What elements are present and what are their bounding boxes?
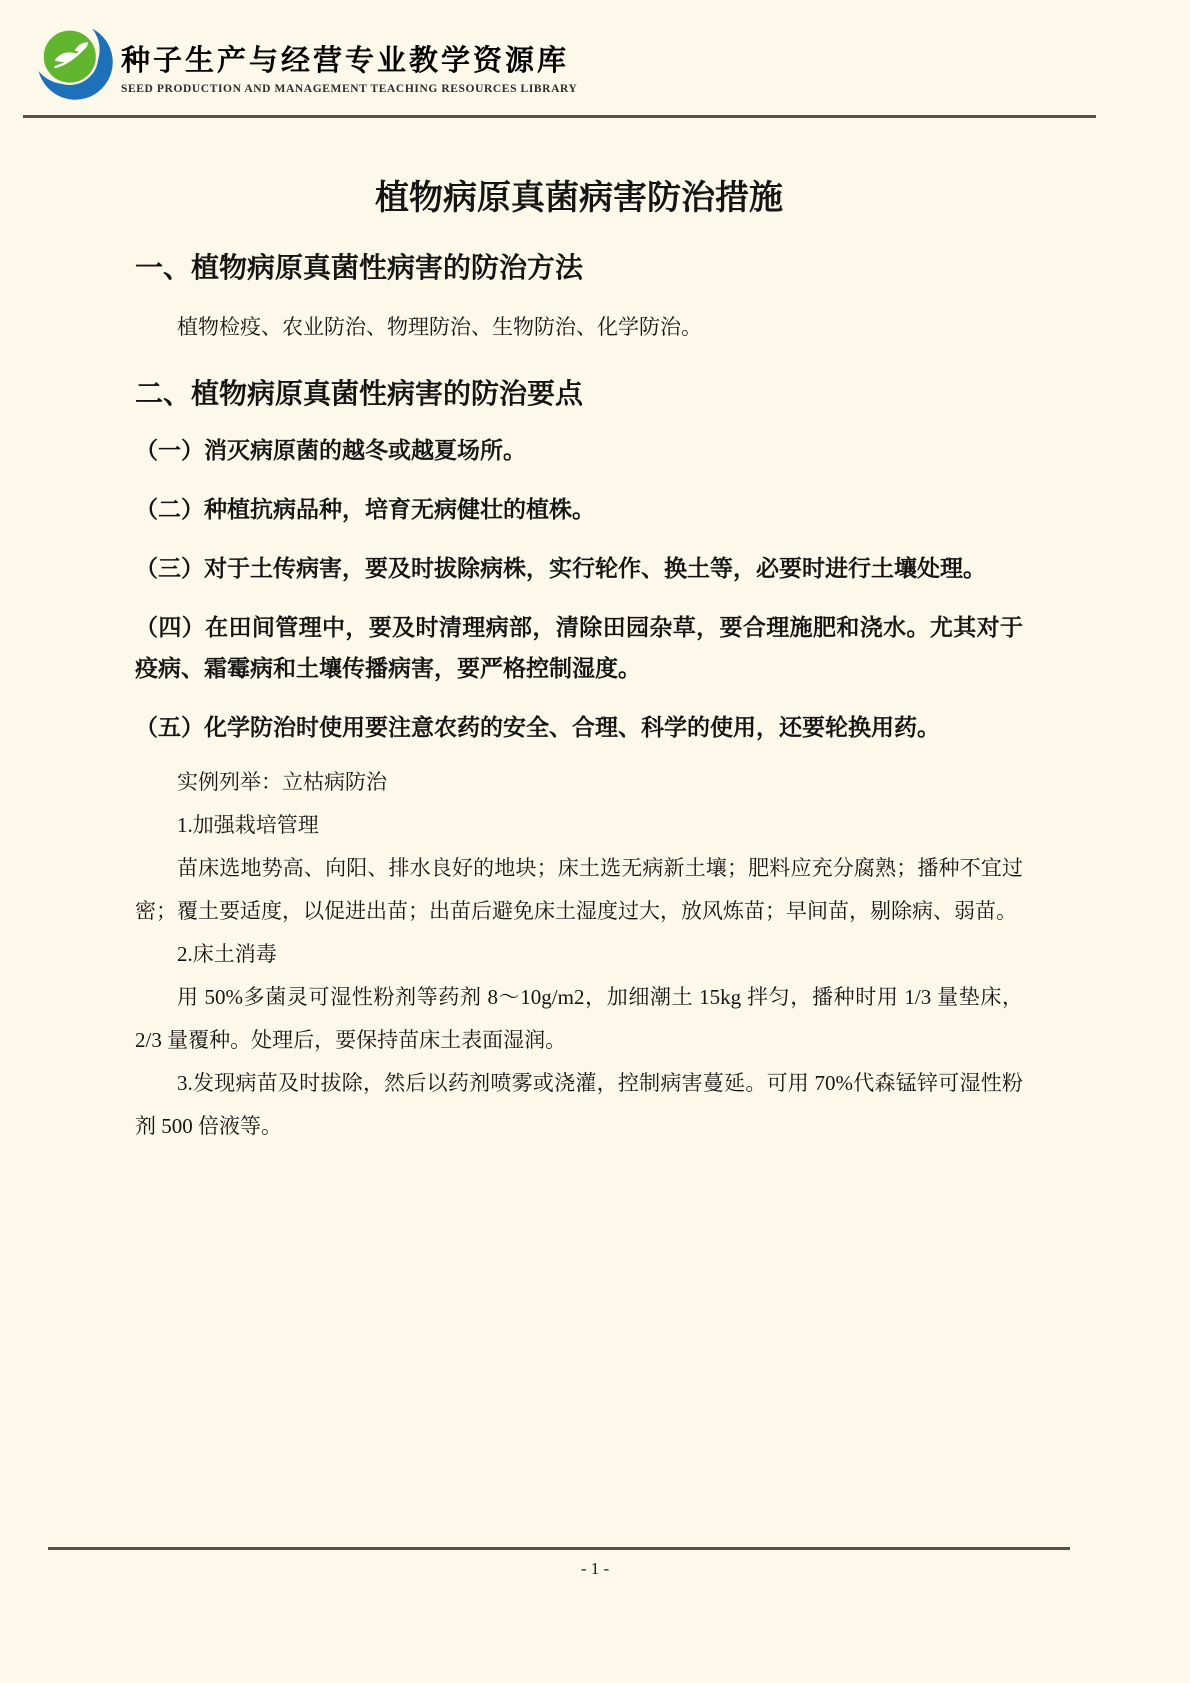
document-body: 植物病原真菌病害防治措施 一、植物病原真菌性病害的防治方法 植物检疫、农业防治、… [135, 0, 1023, 1148]
section-2-heading: 二、植物病原真菌性病害的防治要点 [135, 376, 1023, 412]
point-paragraph-4: （四）在田间管理中，要及时清理病部，清除田园杂草，要合理施肥和浇水。尤其对于疫病… [135, 607, 1023, 689]
example-step3-body: 3.发现病苗及时拔除，然后以药剂喷雾或浇灌，控制病害蔓延。可用 70%代森锰锌可… [135, 1062, 1023, 1148]
footer-divider [48, 1547, 1070, 1550]
document-title: 植物病原真菌病害防治措施 [135, 178, 1023, 218]
point-paragraph-1: （一）消灭病原菌的越冬或越夏场所。 [135, 430, 1023, 471]
example-intro: 实例列举：立枯病防治 [135, 761, 1023, 804]
example-step1-title: 1.加强栽培管理 [135, 804, 1023, 847]
example-step2-title: 2.床土消毒 [135, 933, 1023, 976]
section-1-paragraph: 植物检疫、农业防治、物理防治、生物防治、化学防治。 [135, 312, 1023, 342]
example-step2-body: 用 50%多菌灵可湿性粉剂等药剂 8～10g/m2，加细潮土 15kg 拌匀，播… [135, 976, 1023, 1062]
page-number: - 1 - [0, 1556, 1190, 1582]
point-paragraph-2: （二）种植抗病品种，培育无病健壮的植株。 [135, 489, 1023, 530]
section-1-heading: 一、植物病原真菌性病害的防治方法 [135, 250, 1023, 286]
example-block: 实例列举：立枯病防治 1.加强栽培管理 苗床选地势高、向阳、排水良好的地块；床土… [135, 761, 1023, 1148]
document-page: 种子生产与经营专业教学资源库 SEED PRODUCTION AND MANAG… [0, 0, 1190, 1683]
point-paragraph-5: （五）化学防治时使用要注意农药的安全、合理、科学的使用，还要轮换用药。 [135, 707, 1023, 748]
point-paragraph-3: （三）对于土传病害，要及时拔除病株，实行轮作、换土等，必要时进行土壤处理。 [135, 548, 1023, 589]
example-step1-body: 苗床选地势高、向阳、排水良好的地块；床土选无病新土壤；肥料应充分腐熟；播种不宜过… [135, 847, 1023, 933]
seed-sprout-circle-logo-icon [33, 23, 113, 103]
